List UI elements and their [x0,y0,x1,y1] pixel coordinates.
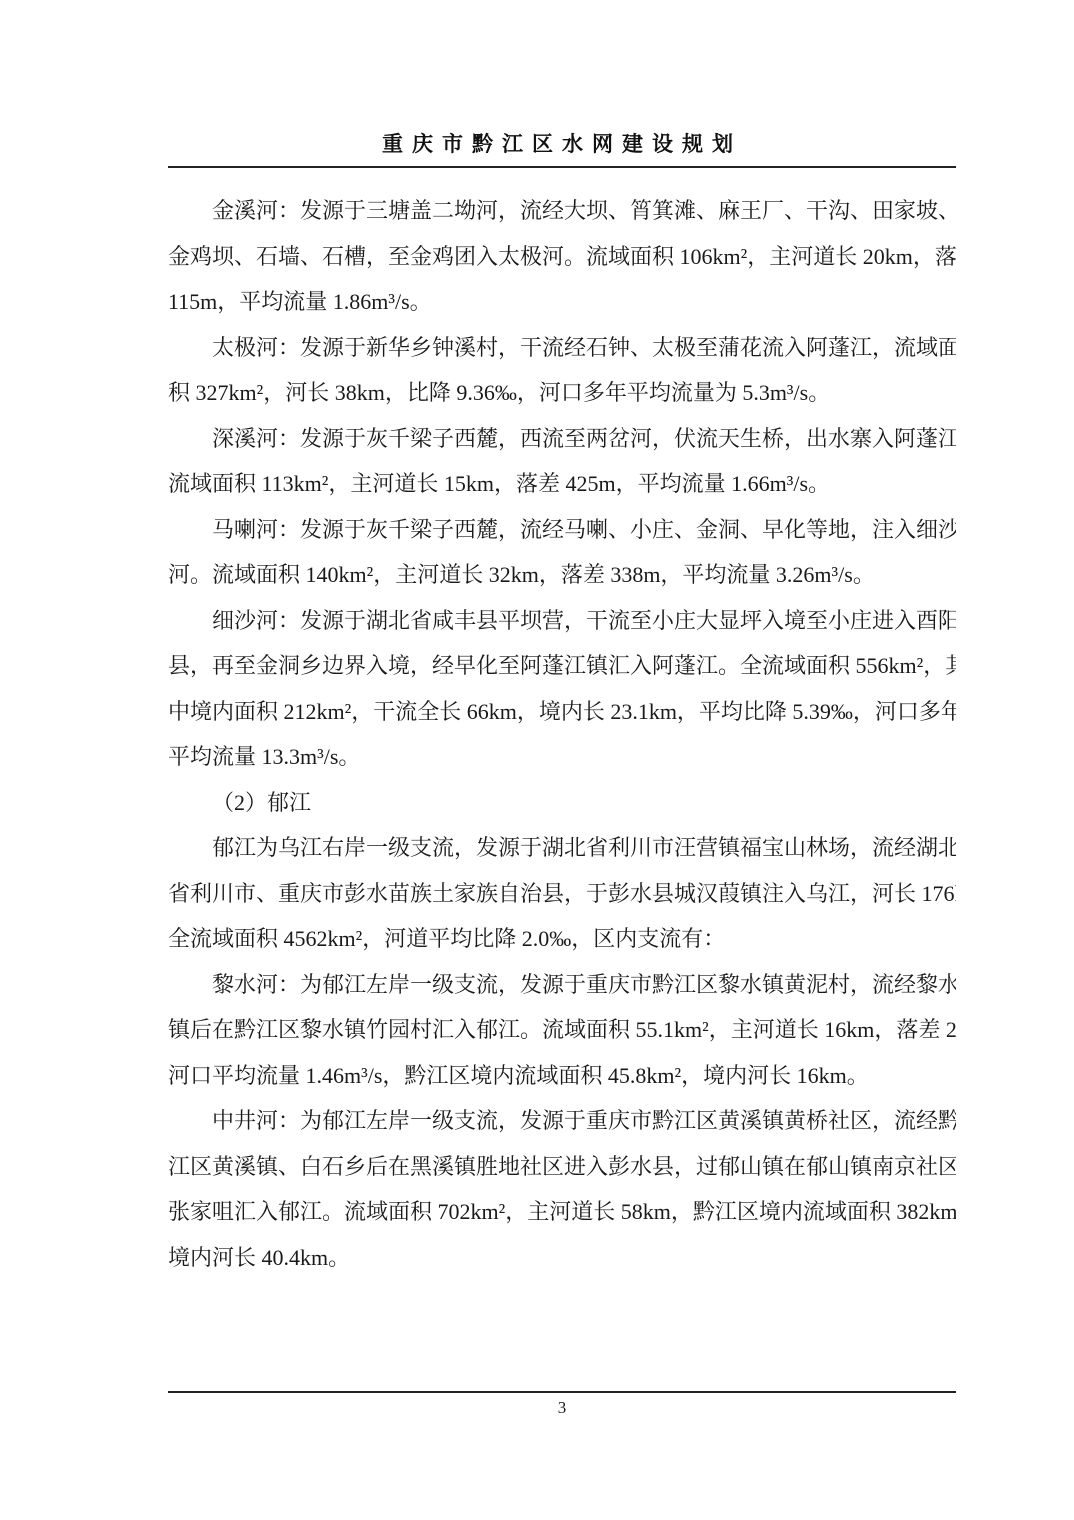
paragraph-mala-river: 马喇河：发源于灰千梁子西麓，流经马喇、小庄、金洞、早化等地，注入细沙河。流域面积… [168,507,956,598]
text-line: 115m，平均流量 1.86m³/s。 [168,279,956,325]
text-line: 黎水河：为郁江左岸一级支流，发源于重庆市黔江区黎水镇黄泥村，流经黎水 [168,962,956,1008]
text-line: 中境内面积 212km²，干流全长 66km，境内长 23.1km，平均比降 5… [168,689,956,735]
text-line: 境内河长 40.4km。 [168,1235,956,1281]
text-line: 镇后在黔江区黎水镇竹园村汇入郁江。流域面积 55.1km²，主河道长 16km，… [168,1007,956,1053]
text-line: 马喇河：发源于灰千梁子西麓，流经马喇、小庄、金洞、早化等地，注入细沙 [168,507,956,553]
page-header-title: 重庆市黔江区水网建设规划 [168,128,956,168]
paragraph-lishui-river: 黎水河：为郁江左岸一级支流，发源于重庆市黔江区黎水镇黄泥村，流经黎水镇后在黔江区… [168,962,956,1099]
text-line: 河口平均流量 1.46m³/s，黔江区境内流域面积 45.8km²，境内河长 1… [168,1053,956,1099]
paragraph-zhongjing-river: 中井河：为郁江左岸一级支流，发源于重庆市黔江区黄溪镇黄桥社区，流经黔江区黄溪镇、… [168,1098,956,1280]
text-line: 中井河：为郁江左岸一级支流，发源于重庆市黔江区黄溪镇黄桥社区，流经黔 [168,1098,956,1144]
text-line: 流域面积 113km²，主河道长 15km，落差 425m，平均流量 1.66m… [168,461,956,507]
text-line: 全流域面积 4562km²，河道平均比降 2.0‰，区内支流有： [168,916,956,962]
paragraph-yujiang-river: 郁江为乌江右岸一级支流，发源于湖北省利川市汪营镇福宝山林场，流经湖北省利川市、重… [168,825,956,962]
text-line: 细沙河：发源于湖北省咸丰县平坝营，干流至小庄大显坪入境至小庄进入酉阳 [168,598,956,644]
text-line: 太极河：发源于新华乡钟溪村，干流经石钟、太极至蒲花流入阿蓬江，流域面 [168,325,956,371]
text-line: 深溪河：发源于灰千梁子西麓，西流至两岔河，伏流天生桥，出水寨入阿蓬江。 [168,416,956,462]
text-line: 河。流域面积 140km²，主河道长 32km，落差 338m，平均流量 3.2… [168,552,956,598]
paragraph-jinxi-river: 金溪河：发源于三塘盖二坳河，流经大坝、筲箕滩、麻王厂、干沟、田家坡、金鸡坝、石墙… [168,188,956,325]
paragraph-shenxi-river: 深溪河：发源于灰千梁子西麓，西流至两岔河，伏流天生桥，出水寨入阿蓬江。流域面积 … [168,416,956,507]
text-line: 积 327km²，河长 38km，比降 9.36‰，河口多年平均流量为 5.3m… [168,370,956,416]
footer-divider [168,1391,956,1393]
paragraph-xisha-river: 细沙河：发源于湖北省咸丰县平坝营，干流至小庄大显坪入境至小庄进入酉阳县，再至金洞… [168,598,956,780]
text-line: 郁江为乌江右岸一级支流，发源于湖北省利川市汪营镇福宝山林场，流经湖北 [168,825,956,871]
heading-yujiang-section: （2）郁江 [168,780,956,826]
document-body: 金溪河：发源于三塘盖二坳河，流经大坝、筲箕滩、麻王厂、干沟、田家坡、金鸡坝、石墙… [168,188,956,1280]
text-line: （2）郁江 [168,780,956,826]
text-line: 平均流量 13.3m³/s。 [168,734,956,780]
document-page: { "header": { "title": "重庆市黔江区水网建设规划" },… [0,0,1074,1520]
text-line: 金溪河：发源于三塘盖二坳河，流经大坝、筲箕滩、麻王厂、干沟、田家坡、 [168,188,956,234]
text-line: 张家咀汇入郁江。流域面积 702km²，主河道长 58km，黔江区境内流域面积 … [168,1189,956,1235]
text-line: 金鸡坝、石墙、石槽，至金鸡团入太极河。流域面积 106km²，主河道长 20km… [168,234,956,280]
paragraph-taiji-river: 太极河：发源于新华乡钟溪村，干流经石钟、太极至蒲花流入阿蓬江，流域面积 327k… [168,325,956,416]
text-line: 省利川市、重庆市彭水苗族土家族自治县，于彭水县城汉葭镇注入乌江，河长 176km… [168,871,956,917]
text-line: 江区黄溪镇、白石乡后在黑溪镇胜地社区进入彭水县，过郁山镇在郁山镇南京社区 [168,1144,956,1190]
page-number: 3 [168,1398,956,1418]
text-line: 县，再至金洞乡边界入境，经早化至阿蓬江镇汇入阿蓬江。全流域面积 556km²，其 [168,643,956,689]
